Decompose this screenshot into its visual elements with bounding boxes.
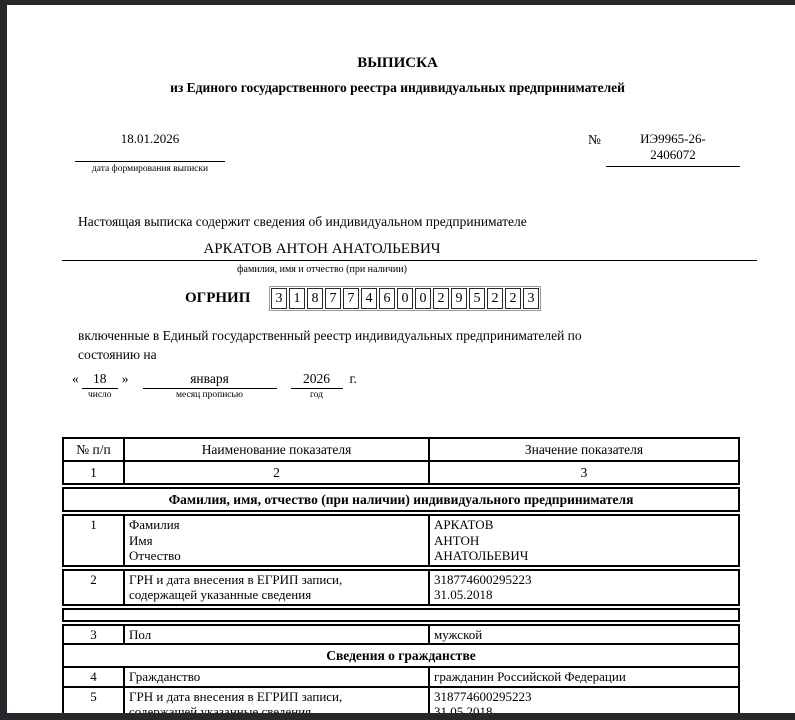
ogrnip-digit-8: 0 <box>397 288 413 309</box>
issue-date: 18.01.2026 <box>75 131 225 162</box>
row1-name-line1: Фамилия <box>129 517 424 533</box>
header-col-name: Наименование показателя <box>123 439 428 460</box>
window-frame-bottom <box>0 713 795 720</box>
row4-num: 4 <box>64 668 123 686</box>
ogrnip-digit-2: 1 <box>289 288 305 309</box>
row3-num: 3 <box>64 626 123 644</box>
full-name-underline <box>62 260 757 261</box>
table-bottom-block: 3 Пол мужской Сведения о гражданстве 4 Г… <box>62 624 740 720</box>
header-col-num: № п/п <box>64 439 123 460</box>
ogrnip-label: ОГРНИП <box>185 290 250 307</box>
row1-value: АРКАТОВ АНТОН АНАТОЛЬЕВИЧ <box>428 516 738 565</box>
month-value: января <box>143 370 277 389</box>
day-value: 18 <box>82 370 118 389</box>
as-of-statement-line1: включенные в Единый государственный реес… <box>78 326 582 345</box>
document-page: ВЫПИСКА из Единого государственного реес… <box>0 0 795 720</box>
ogrnip-digit-11: 9 <box>451 288 467 309</box>
section-citizenship-header: Сведения о гражданстве <box>64 643 738 666</box>
table-numbering-row: 1 2 3 <box>64 460 738 483</box>
row3-name: Пол <box>123 626 428 644</box>
year-label: год <box>291 390 343 400</box>
row1-value-line1: АРКАТОВ <box>434 517 734 533</box>
document-number-line1: ИЭ9965-26- <box>606 131 740 147</box>
row5-name-line1: ГРН и дата внесения в ЕГРИП записи, <box>129 689 424 705</box>
intro-text: Настоящая выписка содержит сведения об и… <box>78 214 527 230</box>
row3-value: мужской <box>428 626 738 644</box>
as-of-date-row: « 18 число » января месяц прописью 2026 … <box>72 370 357 400</box>
table-header-block: № п/п Наименование показателя Значение п… <box>62 437 740 485</box>
month-field: января месяц прописью <box>143 370 277 400</box>
issue-date-label: дата формирования выписки <box>75 164 225 174</box>
day-field: 18 число <box>82 370 118 400</box>
numbering-col3: 3 <box>428 462 738 483</box>
table-header-row: № п/п Наименование показателя Значение п… <box>64 439 738 460</box>
row2-name: ГРН и дата внесения в ЕГРИП записи, соде… <box>123 571 428 604</box>
ogrnip-digit-boxes: 3 1 8 7 7 4 6 0 0 2 9 5 2 2 3 <box>269 286 541 311</box>
ogrnip-digit-5: 7 <box>343 288 359 309</box>
ogrnip-digit-13: 2 <box>487 288 503 309</box>
section-fio-header: Фамилия, имя, отчество (при наличии) инд… <box>62 487 740 512</box>
header-col-value: Значение показателя <box>428 439 738 460</box>
indicators-table: № п/п Наименование показателя Значение п… <box>62 437 740 720</box>
ogrnip-digit-7: 6 <box>379 288 395 309</box>
ogrnip-digit-1: 3 <box>271 288 287 309</box>
table-row-2: 2 ГРН и дата внесения в ЕГРИП записи, со… <box>62 569 740 606</box>
table-row-1: 1 Фамилия Имя Отчество АРКАТОВ АНТОН АНА… <box>62 514 740 567</box>
day-label: число <box>82 390 118 400</box>
row2-value: 318774600295223 31.05.2018 <box>428 571 738 604</box>
ogrnip-digit-9: 0 <box>415 288 431 309</box>
ogrnip-digit-15: 3 <box>523 288 539 309</box>
document-number-block: ИЭ9965-26- 2406072 <box>606 131 740 167</box>
table-row-3: 3 Пол мужской <box>64 626 738 644</box>
document-subtitle: из Единого государственного реестра инди… <box>0 80 795 96</box>
document-number-line2: 2406072 <box>606 147 740 163</box>
ogrnip-digit-4: 7 <box>325 288 341 309</box>
row1-name: Фамилия Имя Отчество <box>123 516 428 565</box>
numbering-col1: 1 <box>64 462 123 483</box>
row5-value-line1: 318774600295223 <box>434 689 734 705</box>
close-quote: » <box>122 370 129 387</box>
row2-num: 2 <box>64 571 123 604</box>
ogrnip-digit-10: 2 <box>433 288 449 309</box>
row4-name: Гражданство <box>123 668 428 686</box>
year-suffix: г. <box>350 370 357 387</box>
numbering-col2: 2 <box>123 462 428 483</box>
full-name-label: фамилия, имя и отчество (при наличии) <box>62 264 582 275</box>
window-frame-left <box>0 0 7 720</box>
row4-value: гражданин Российской Федерации <box>428 668 738 686</box>
month-label: месяц прописью <box>143 390 277 400</box>
row1-name-line3: Отчество <box>129 548 424 564</box>
ogrnip-digit-6: 4 <box>361 288 377 309</box>
row1-value-line2: АНТОН <box>434 533 734 549</box>
table-row-4: 4 Гражданство гражданин Российской Федер… <box>64 666 738 686</box>
as-of-statement-line2: состоянию на <box>78 345 582 364</box>
issue-date-block: 18.01.2026 дата формирования выписки <box>75 131 225 174</box>
ogrnip-digit-12: 5 <box>469 288 485 309</box>
row1-name-line2: Имя <box>129 533 424 549</box>
row2-value-line1: 318774600295223 <box>434 572 734 588</box>
open-quote: « <box>72 370 79 387</box>
entrepreneur-full-name: АРКАТОВ АНТОН АНАТОЛЬЕВИЧ <box>62 241 582 258</box>
table-empty-row <box>62 608 740 622</box>
row2-name-line1: ГРН и дата внесения в ЕГРИП записи, <box>129 572 424 588</box>
ogrnip-digit-3: 8 <box>307 288 323 309</box>
row2-value-line2: 31.05.2018 <box>434 587 734 603</box>
document-title: ВЫПИСКА <box>0 55 795 72</box>
row1-value-line3: АНАТОЛЬЕВИЧ <box>434 548 734 564</box>
as-of-statement: включенные в Единый государственный реес… <box>78 326 582 364</box>
year-value: 2026 <box>291 370 343 389</box>
window-frame-top <box>0 0 795 5</box>
row2-name-line2: содержащей указанные сведения <box>129 587 424 603</box>
row1-num: 1 <box>64 516 123 565</box>
year-field: 2026 год <box>291 370 343 400</box>
ogrnip-digit-14: 2 <box>505 288 521 309</box>
document-number-sign: № <box>588 132 601 148</box>
